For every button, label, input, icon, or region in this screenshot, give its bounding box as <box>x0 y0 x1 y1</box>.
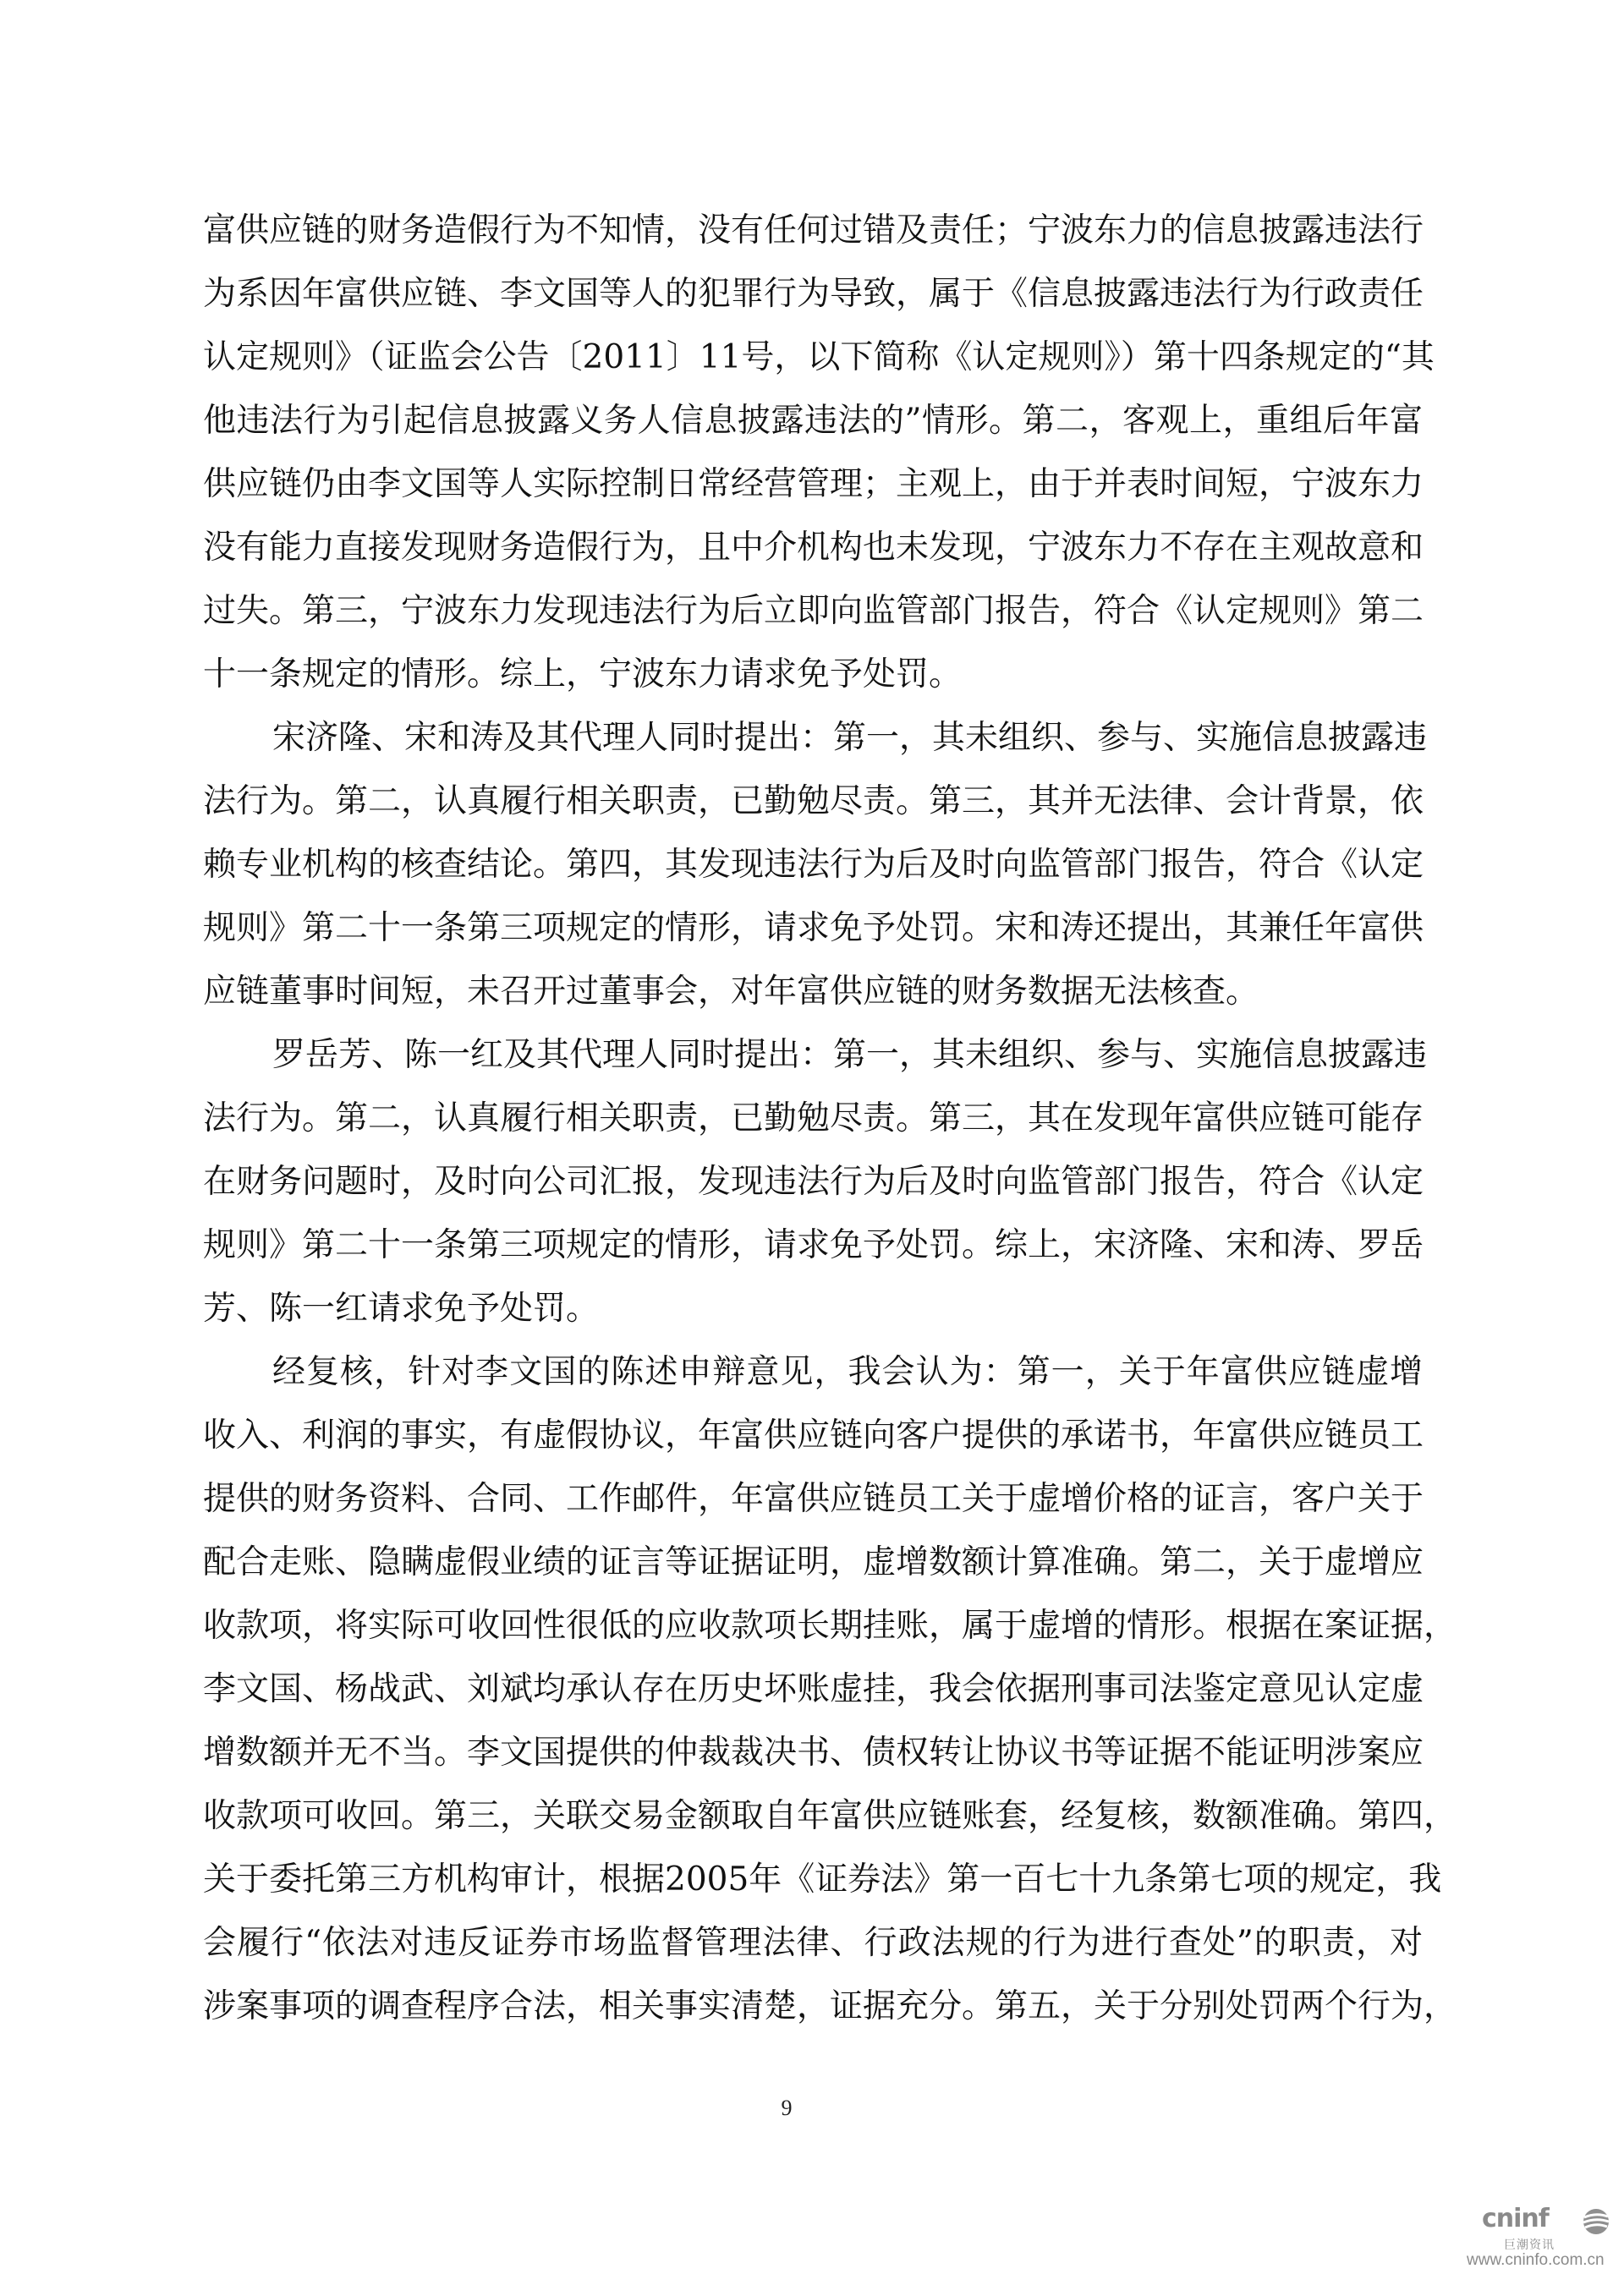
text-line: 在财务问题时，及时向公司汇报，发现违法行为后及时向监管部门报告，符合《认定 <box>203 1157 1423 1220</box>
text-line: 应链董事时间短，未召开过董事会，对年富供应链的财务数据无法核查。 <box>203 967 1423 1030</box>
watermark-url: www.cninfo.com.cn <box>1467 2251 1605 2270</box>
text-line: 罗岳芳、陈一红及其代理人同时提出：第一，其未组织、参与、实施信息披露违 <box>203 1030 1423 1093</box>
text-line: 规则》第二十一条第三项规定的情形，请求免予处罚。宋和涛还提出，其兼任年富供 <box>203 903 1423 967</box>
text-line: 供应链仍由李文国等人实际控制日常经营管理；主观上，由于并表时间短，宁波东力 <box>203 459 1423 523</box>
text-line: 宋济隆、宋和涛及其代理人同时提出：第一，其未组织、参与、实施信息披露违 <box>203 713 1423 776</box>
cninfo-watermark: cninf 巨潮资讯 www.cninfo.com.cn <box>1463 2199 1624 2279</box>
paragraph-3: 罗岳芳、陈一红及其代理人同时提出：第一，其未组织、参与、实施信息披露违 法行为。… <box>203 1030 1423 1347</box>
text-line: 法行为。第二，认真履行相关职责，已勤勉尽责。第三，其并无法律、会计背景，依 <box>203 776 1423 840</box>
text-line: 会履行“依法对违反证券市场监督管理法律、行政法规的行为进行查处”的职责，对 <box>203 1918 1423 1981</box>
text-line: 收入、利润的事实，有虚假协议，年富供应链向客户提供的承诺书，年富供应链员工 <box>203 1411 1423 1474</box>
text-line: 配合走账、隐瞒虚假业绩的证言等证据证明，虚增数额计算准确。第二，关于虚增应 <box>203 1537 1423 1601</box>
text-line: 他违法行为引起信息披露义务人信息披露违法的”情形。第二，客观上，重组后年富 <box>203 396 1423 459</box>
text-line: 规则》第二十一条第三项规定的情形，请求免予处罚。综上，宋济隆、宋和涛、罗岳 <box>203 1220 1423 1284</box>
text-line: 芳、陈一红请求免予处罚。 <box>203 1284 1423 1347</box>
paragraph-4: 经复核，针对李文国的陈述申辩意见，我会认为：第一，关于年富供应链虚增 收入、利润… <box>203 1347 1423 2045</box>
document-page: 富供应链的财务造假行为不知情，没有任何过错及责任；宁波东力的信息披露违法行 为系… <box>0 0 1624 2296</box>
text-line: 认定规则》（证监会公告〔2011〕11号，以下简称《认定规则》）第十四条规定的“… <box>203 332 1423 396</box>
text-line: 为系因年富供应链、李文国等人的犯罪行为导致，属于《信息披露违法行为行政责任 <box>203 269 1423 332</box>
globe-logo-icon <box>1582 2207 1610 2236</box>
watermark-chinese-name: 巨潮资讯 <box>1504 2236 1555 2253</box>
text-line: 没有能力直接发现财务造假行为，且中介机构也未发现，宁波东力不存在主观故意和 <box>203 523 1423 586</box>
text-line: 收款项可收回。第三，关联交易金额取自年富供应链账套，经复核，数额准确。第四， <box>203 1791 1423 1855</box>
text-line: 涉案事项的调查程序合法，相关事实清楚，证据充分。第五，关于分别处罚两个行为， <box>203 1981 1423 2045</box>
text-line: 增数额并无不当。李文国提供的仲裁裁决书、债权转让协议书等证据不能证明涉案应 <box>203 1728 1423 1791</box>
paragraph-2: 宋济隆、宋和涛及其代理人同时提出：第一，其未组织、参与、实施信息披露违 法行为。… <box>203 713 1423 1030</box>
paragraph-1: 富供应链的财务造假行为不知情，没有任何过错及责任；宁波东力的信息披露违法行 为系… <box>203 205 1423 713</box>
text-line: 经复核，针对李文国的陈述申辩意见，我会认为：第一，关于年富供应链虚增 <box>203 1347 1423 1411</box>
text-line: 过失。第三，宁波东力发现违法行为后立即向监管部门报告，符合《认定规则》第二 <box>203 586 1423 649</box>
watermark-brand: cninf <box>1482 2204 1549 2233</box>
text-line: 十一条规定的情形。综上，宁波东力请求免予处罚。 <box>203 649 1423 713</box>
body-text: 富供应链的财务造假行为不知情，没有任何过错及责任；宁波东力的信息披露违法行 为系… <box>203 205 1423 2045</box>
text-line: 富供应链的财务造假行为不知情，没有任何过错及责任；宁波东力的信息披露违法行 <box>203 205 1423 269</box>
text-line: 关于委托第三方机构审计，根据2005年《证券法》第一百七十九条第七项的规定，我 <box>203 1855 1423 1918</box>
text-line: 收款项，将实际可收回性很低的应收款项长期挂账，属于虚增的情形。根据在案证据， <box>203 1601 1423 1664</box>
text-line: 赖专业机构的核查结论。第四，其发现违法行为后及时向监管部门报告，符合《认定 <box>203 840 1423 903</box>
text-line: 李文国、杨战武、刘斌均承认存在历史坏账虚挂，我会依据刑事司法鉴定意见认定虚 <box>203 1664 1423 1728</box>
page-number: 9 <box>761 2096 812 2121</box>
text-line: 法行为。第二，认真履行相关职责，已勤勉尽责。第三，其在发现年富供应链可能存 <box>203 1093 1423 1157</box>
text-line: 提供的财务资料、合同、工作邮件，年富供应链员工关于虚增价格的证言，客户关于 <box>203 1474 1423 1537</box>
